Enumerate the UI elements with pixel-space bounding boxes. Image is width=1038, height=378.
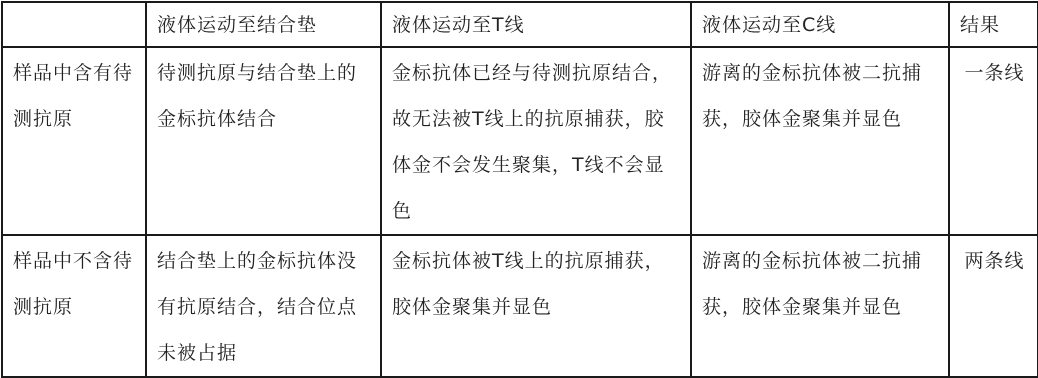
table-row: 样品中含有待测抗原 待测抗原与结合垫上的金标抗体结合 金标抗体已经与待测抗原结合… — [2, 47, 1038, 235]
comparison-table: 液体运动至结合垫 液体运动至T线 液体运动至C线 结果 样品中含有待测抗原 待测… — [1, 1, 1038, 373]
sample-cell: 样品中不含待测抗原 — [2, 235, 146, 373]
conjugate-pad-cell: 待测抗原与结合垫上的金标抗体结合 — [146, 47, 381, 235]
header-cell-t-line: 液体运动至T线 — [381, 2, 691, 47]
table-row: 样品中不含待测抗原 结合垫上的金标抗体没有抗原结合，结合位点未被占据 金标抗体被… — [2, 235, 1038, 373]
header-cell-c-line: 液体运动至C线 — [691, 2, 949, 47]
c-line-cell: 游离的金标抗体被二抗捕获，胶体金聚集并显色 — [691, 235, 949, 373]
header-cell-conjugate-pad: 液体运动至结合垫 — [146, 2, 381, 47]
c-line-cell: 游离的金标抗体被二抗捕获，胶体金聚集并显色 — [691, 47, 949, 235]
sample-cell: 样品中含有待测抗原 — [2, 47, 146, 235]
conjugate-pad-cell: 结合垫上的金标抗体没有抗原结合，结合位点未被占据 — [146, 235, 381, 373]
t-line-cell: 金标抗体已经与待测抗原结合，故无法被T线上的抗原捕获，胶体金不会发生聚集，T线不… — [381, 47, 691, 235]
result-cell: 一条线 — [949, 47, 1038, 235]
result-cell: 两条线 — [949, 235, 1038, 373]
t-line-cell: 金标抗体被T线上的抗原捕获，胶体金聚集并显色 — [381, 235, 691, 373]
header-cell-result: 结果 — [949, 2, 1038, 47]
header-cell-empty — [2, 2, 146, 47]
header-row: 液体运动至结合垫 液体运动至T线 液体运动至C线 结果 — [2, 2, 1038, 47]
